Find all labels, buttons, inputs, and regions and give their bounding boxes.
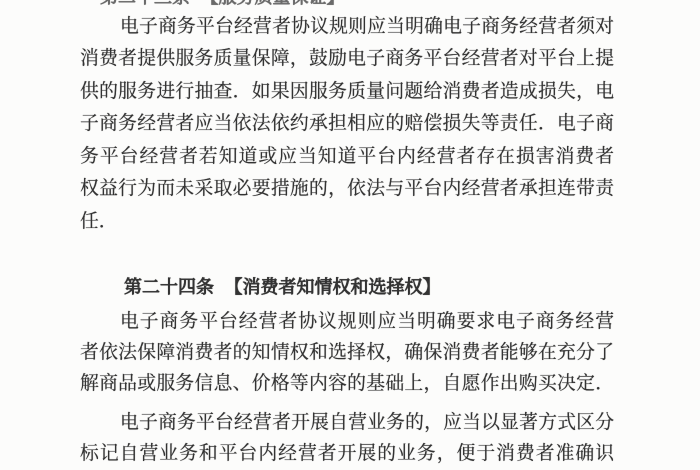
article-23-heading-cutoff: 第二十三条 【服务质量保证】 [100,0,345,9]
article-24-heading: 第二十四条 【消费者知情权和选择权】 [80,271,614,303]
document-page: 第二十三条 【服务质量保证】 电子商务平台经营者协议规则应当明确电子商务经营者须… [0,0,700,470]
text-line: 任． [80,206,614,239]
text-line: 解商品或服务信息、价格等内容的基础上，自愿作出购买决定． [80,368,614,399]
text-line: 消费者提供服务质量保障，鼓励电子商务平台经营者对平台上提 [80,43,614,76]
text-line: 务平台经营者若知道或应当知道平台内经营者存在损害消费者 [80,141,614,174]
article-23-paragraph: 电子商务平台经营者协议规则应当明确电子商务经营者须对消费者提供服务质量保障，鼓励… [80,11,614,239]
text-line: 权益行为而未采取必要措施的，依法与平台内经营者承担连带责 [80,173,614,206]
text-line: 者依法保障消费者的知情权和选择权，确保消费者能够在充分了 [80,337,614,368]
text-line: 标记自营业务和平台内经营者开展的业务，便于消费者准确识 [80,438,614,469]
article-24-paragraph-1: 电子商务平台经营者协议规则应当明确要求电子商务经营者依法保障消费者的知情权和选择… [80,306,614,399]
article-24-paragraph-2: 电子商务平台经营者开展自营业务的，应当以显著方式区分标记自营业务和平台内经营者开… [80,407,614,469]
text-line: 电子商务平台经营者协议规则应当明确要求电子商务经营 [80,306,614,337]
text-line: 电子商务平台经营者协议规则应当明确电子商务经营者须对 [80,11,614,44]
text-line: 电子商务平台经营者开展自营业务的，应当以显著方式区分 [80,407,614,438]
text-line: 子商务经营者应当依法依约承担相应的赔偿损失等责任．电子商 [80,108,614,141]
text-line: 供的服务进行抽查．如果因服务质量问题给消费者造成损失，电 [80,76,614,109]
